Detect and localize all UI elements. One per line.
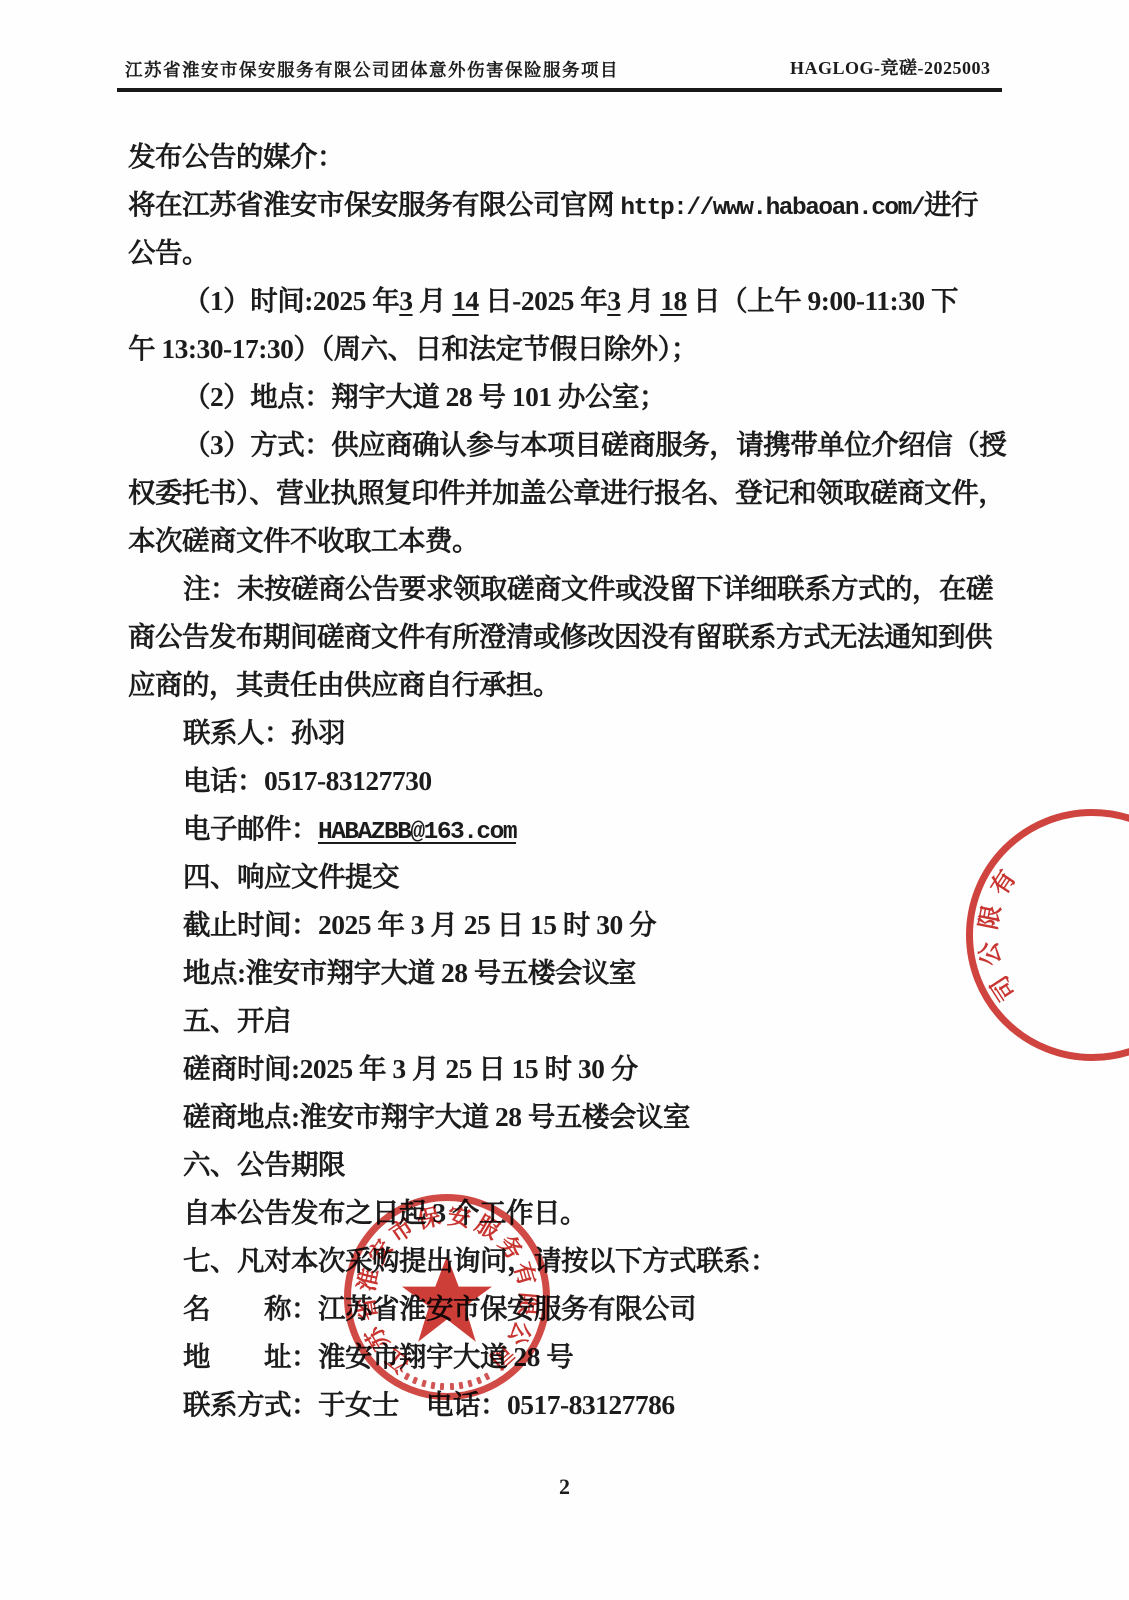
doc-line: 截止时间：2025 年 3 月 25 日 15 时 30 分 [128, 901, 1028, 949]
doc-line: （3）方式：供应商确认参与本项目磋商服务，请携带单位介绍信（授 [128, 421, 1028, 469]
partial-seal-char: 公 [976, 938, 1008, 970]
doc-line: 午 13:30-17:30）（周六、日和法定节假日除外）； [128, 325, 1028, 373]
page-number: 2 [0, 1474, 1129, 1500]
text-segment: （1）时间:2025 年 [183, 285, 399, 316]
doc-line: 公告。 [128, 229, 1028, 277]
header-document-number: HAGLOG-竞磋-2025003 [790, 54, 991, 80]
text-segment: 联系人：孙羽 [183, 717, 345, 748]
text-segment: 进行 [924, 189, 978, 220]
text-segment: 月 [413, 285, 453, 316]
doc-line: 六、公告期限 [128, 1141, 1028, 1189]
doc-line: 注：未按磋商公告要求领取磋商文件或没留下详细联系方式的，在磋 [128, 565, 1028, 613]
doc-line: 联系人：孙羽 [128, 709, 1028, 757]
doc-line: 权委托书）、营业执照复印件并加盖公章进行报名、登记和领取磋商文件， [128, 469, 1028, 517]
text-segment: 磋商地点:淮安市翔宇大道 28 号五楼会议室 [183, 1101, 690, 1132]
doc-line: 七、凡对本次采购提出询问，请按以下方式联系： [128, 1237, 1028, 1285]
text-segment: 磋商时间:2025 年 3 月 25 日 15 时 30 分 [183, 1053, 638, 1084]
underlined-text: 3 [607, 285, 620, 316]
doc-line: 电话：0517-83127730 [128, 757, 1028, 805]
text-segment: 本次磋商文件不收取工本费。 [128, 525, 479, 556]
text-segment: （3）方式：供应商确认参与本项目磋商服务，请携带单位介绍信（授 [183, 429, 1006, 460]
doc-line: 磋商时间:2025 年 3 月 25 日 15 时 30 分 [128, 1045, 1028, 1093]
doc-line: 地 址：淮安市翔宇大道 28 号 [128, 1333, 1028, 1381]
doc-line: 名 称：江苏省淮安市保安服务有限公司 [128, 1285, 1028, 1333]
underlined-text: HABAZBB@163.com [318, 819, 516, 846]
seal-serial-mark [449, 1383, 453, 1390]
document-body: 发布公告的媒介：将在江苏省淮安市保安服务有限公司官网 http://www.ha… [128, 133, 1028, 1429]
text-segment: 月 [620, 285, 660, 316]
doc-line: 联系方式：于女士 电话：0517-83127786 [128, 1381, 1028, 1429]
document-page: 江苏省淮安市保安服务有限公司团体意外伤害保险服务项目 HAGLOG-竞磋-202… [0, 0, 1129, 1600]
text-segment: 注：未按磋商公告要求领取磋商文件或没留下详细联系方式的，在磋 [183, 573, 993, 604]
doc-line: 五、开启 [128, 997, 1028, 1045]
text-segment: 权委托书）、营业执照复印件并加盖公章进行报名、登记和领取磋商文件， [128, 477, 1005, 508]
doc-line: 自本公告发布之日起 3 个工作日。 [128, 1189, 1028, 1237]
doc-line: 四、响应文件提交 [128, 853, 1028, 901]
text-segment: 发布公告的媒介： [128, 141, 344, 172]
underlined-text: 18 [660, 285, 687, 316]
doc-line: 电子邮件：HABAZBB@163.com [128, 805, 1028, 853]
text-segment: 五、开启 [183, 1005, 291, 1036]
text-segment: http://www.habaoan.com/ [620, 195, 924, 222]
seal-ring-char: 省 [353, 1295, 383, 1325]
header-divider [117, 88, 1002, 92]
text-segment: 六、公告期限 [183, 1149, 345, 1180]
doc-line: 本次磋商文件不收取工本费。 [128, 517, 1028, 565]
partial-seal-char: 限 [976, 902, 1008, 934]
company-seal-stamp: 江苏省淮安市保安服务有限公司 [344, 1194, 550, 1400]
text-segment: 商公告发布期间磋商文件有所澄清或修改因没有留联系方式无法通知到供 [128, 621, 992, 652]
text-segment: 四、响应文件提交 [183, 861, 399, 892]
text-segment: 午 13:30-17:30）（周六、日和法定节假日除外）； [128, 333, 698, 364]
doc-line: 将在江苏省淮安市保安服务有限公司官网 http://www.habaoan.co… [128, 181, 1028, 229]
doc-line: 应商的，其责任由供应商自行承担。 [128, 661, 1028, 709]
seal-ring-char: 限 [513, 1290, 541, 1318]
text-segment: 电话：0517-83127730 [183, 765, 432, 796]
doc-line: （1）时间:2025 年3 月 14 日-2025 年3 月 18 日（上午 9… [128, 277, 1028, 325]
text-segment: 日（上午 9:00-11:30 下 [687, 285, 958, 316]
seal-serial-mark [440, 1383, 444, 1390]
text-segment: （2）地点：翔宇大道 28 号 101 办公室； [183, 381, 666, 412]
doc-line: 地点:淮安市翔宇大道 28 号五楼会议室 [128, 949, 1028, 997]
doc-line: 发布公告的媒介： [128, 133, 1028, 181]
text-segment: 将在江苏省淮安市保安服务有限公司官网 [128, 189, 620, 220]
underlined-text: 3 [399, 285, 412, 316]
text-segment: 日-2025 年 [479, 285, 607, 316]
text-segment: 地点:淮安市翔宇大道 28 号五楼会议室 [183, 957, 636, 988]
text-segment: 电子邮件： [183, 813, 318, 844]
seal-serial-mark [458, 1382, 463, 1390]
doc-line: （2）地点：翔宇大道 28 号 101 办公室； [128, 373, 1028, 421]
text-segment: 截止时间：2025 年 3 月 25 日 15 时 30 分 [183, 909, 656, 940]
seal-ring-char: 安 [444, 1203, 474, 1233]
text-segment: 应商的，其责任由供应商自行承担。 [128, 669, 560, 700]
seal-ring-char: 淮 [353, 1264, 384, 1295]
header-project-title: 江苏省淮安市保安服务有限公司团体意外伤害保险服务项目 [125, 57, 619, 82]
text-segment: 公告。 [128, 237, 209, 268]
doc-line: 商公告发布期间磋商文件有所澄清或修改因没有留联系方式无法通知到供 [128, 613, 1028, 661]
doc-line: 磋商地点:淮安市翔宇大道 28 号五楼会议室 [128, 1093, 1028, 1141]
underlined-text: 14 [452, 285, 479, 316]
